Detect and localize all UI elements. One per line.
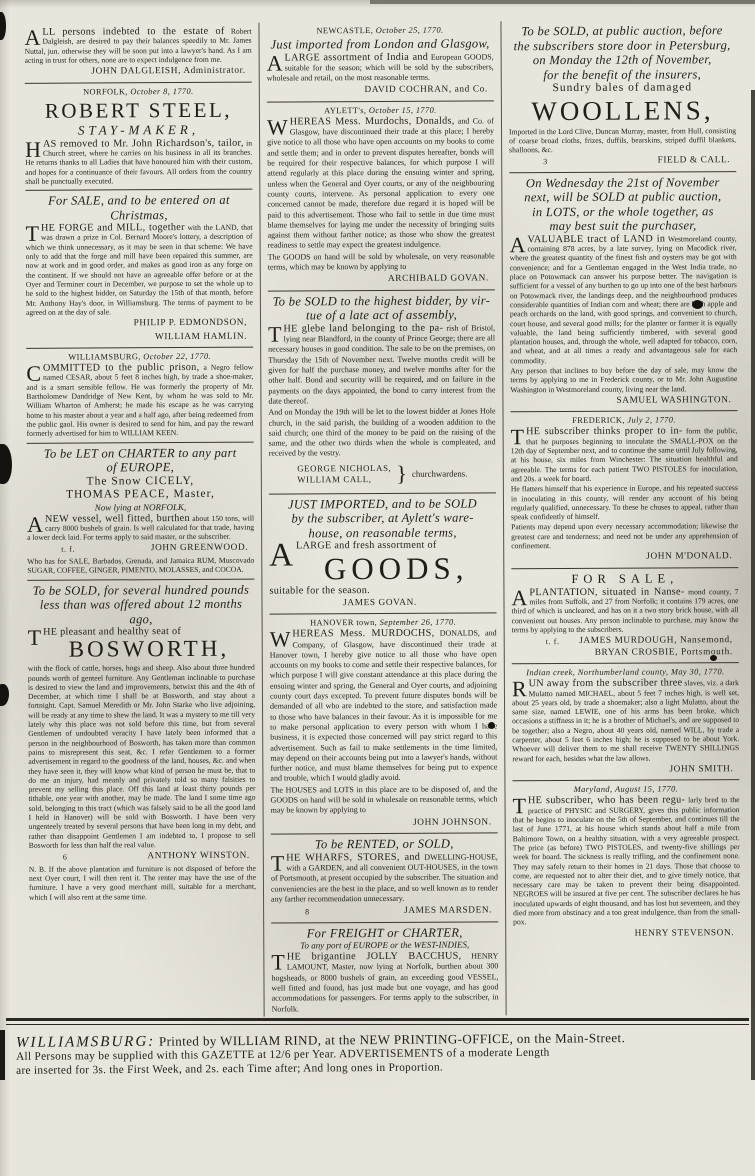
insertion-mark: 6 — [63, 852, 68, 864]
column-2: NEWCASTLE, October 25, 1770. Just import… — [258, 21, 505, 1016]
signature: ARCHIBALD GOVAN. — [268, 274, 489, 287]
brace-glyph: } — [396, 461, 407, 487]
ad-mcdonald-smallpox: FREDERICK, July 2, 1770. THE subscriber … — [511, 412, 739, 570]
dateline: NORFOLK, October 8, 1770. — [25, 86, 252, 97]
drop-cap: A — [511, 588, 529, 606]
body-text: and Co. of Glasgow, have discontinued th… — [267, 116, 495, 250]
dateline-date: May 30, 1770. — [671, 667, 725, 676]
lead-line: HE glebe land belonging to the pa- — [283, 322, 443, 334]
signature-name: FIELD & CALL. — [658, 156, 731, 168]
ad-paragraph: AVALUABLE tract of LAND in Westmoreland … — [510, 234, 738, 365]
drop-cap: T — [271, 953, 287, 971]
body-text: with the LAND, that was drawn a prize in… — [26, 223, 253, 317]
drop-cap: W — [267, 117, 290, 135]
signature-name: JOHN JOHNSON. — [413, 817, 492, 829]
signature-name: JOHN SMITH. — [669, 764, 733, 776]
ad-paragraph: THE FORGE and MILL, together with the LA… — [26, 223, 253, 317]
drop-cap: W — [270, 630, 293, 648]
ad-paragraph: THE subscriber thinks proper to in- form… — [511, 427, 738, 484]
ink-blot — [692, 300, 703, 309]
ad-glebe-land: To be SOLD to the highest bidder, by vir… — [268, 290, 496, 494]
printer-imprint: WILLIAMSBURG: Printed by WILLIAM RIND, a… — [0, 1022, 755, 1079]
ad-headline: house, on reasonable terms, — [269, 525, 496, 541]
drop-cap: A — [24, 28, 42, 46]
ad-headline: may best suit the purchaser, — [509, 219, 736, 235]
ad-subheadline: STAY-MAKER, — [25, 121, 252, 138]
dateline-place: WILLIAMSBURG, — [68, 352, 140, 361]
ad-cochran-goods: NEWCASTLE, October 25, 1770. Just import… — [266, 21, 493, 102]
ad-paragraph: APLANTATION, situated in Nanse- mond cou… — [511, 587, 738, 635]
signature-name: JOHN GREENWOOD. — [151, 543, 248, 555]
master-name: THOMAS PEACE, Master, — [27, 488, 254, 503]
insertion-mark: 3 — [543, 156, 548, 168]
ad-paragraph: COMMITTED to the public prison, a Negro … — [26, 363, 253, 439]
signature-name: JOHN M'DONALD. — [646, 551, 732, 563]
signature-name: PHILIP P. EDMONDSON, — [134, 318, 247, 330]
vessel-name: The Snow CICELY, — [27, 474, 254, 489]
body-text: And on Monday the 19th will be let to th… — [268, 407, 495, 458]
drop-cap: T — [271, 853, 287, 871]
ad-bosworth: To be SOLD, for several hundred pounds l… — [27, 579, 256, 906]
ad-paragraph: with the flock of cattle, horses, hogs a… — [28, 663, 256, 850]
lead-line: HE brigantine JOLLY BACCHUS, — [287, 951, 462, 963]
body-text: He flatters himself that his experience … — [511, 483, 738, 521]
signature: JOHN SMITH. — [512, 764, 733, 777]
dateline-date: September 26, 1770. — [380, 618, 456, 627]
insertion-mark: t. f. — [61, 544, 75, 556]
location-line: Now lying at NORFOLK, — [27, 501, 254, 513]
ad-headline: of EUROPE, — [27, 460, 254, 476]
drop-cap: H — [25, 139, 43, 157]
ad-john-johnson: HANOVER town, September 26, 1770. WHEREA… — [270, 614, 498, 835]
signature: JOHN JOHNSON. — [271, 817, 492, 830]
ad-paragraph: ANEW vessel, well fitted, burthen about … — [27, 513, 254, 542]
ad-dalgleish-estate: ALL persons indebted to the estate of Ro… — [24, 23, 251, 84]
ad-headline: ROBERT STEEL, — [25, 97, 252, 122]
body-text: Patients may depend upon every necessary… — [511, 522, 738, 551]
body-text: with the flock of cattle, horses, hogs a… — [28, 663, 256, 850]
ad-runaway-slaves: Indian creek, Northumberland county, May… — [512, 663, 740, 781]
estate-name: BOSWORTH, — [28, 636, 255, 663]
ad-headline: FOR SALE, — [511, 571, 738, 587]
body-text: Imported in the Lord Clive, Duncan Murra… — [509, 126, 736, 155]
ad-committed-cesar: WILLIAMSBURG, October 22, 1770. COMMITTE… — [26, 348, 253, 444]
ad-james-govan-goods: JUST IMPORTED, and to be SOLD by the sub… — [269, 493, 497, 615]
dateline: NEWCASTLE, October 25, 1770. — [266, 25, 493, 36]
signature: 8JAMES MARSDEN. — [271, 906, 492, 919]
body-text: N. B. If the above plantation and furnit… — [29, 863, 256, 901]
ad-jolly-bacchus: For FREIGHT or CHARTER, To any port of E… — [271, 922, 499, 1017]
insertion-mark: t. f. — [546, 636, 560, 648]
ad-subheadline: To any port of EUROPE or the WEST-INDIES… — [271, 939, 498, 951]
signature: 6ANTHONY WINSTON. — [29, 851, 250, 864]
signature: t. f.JOHN GREENWOOD. — [27, 543, 248, 556]
ad-headline: ago, — [28, 611, 255, 627]
ad-headline: To be LET on CHARTER to any part — [27, 445, 254, 461]
ad-headline: on Monday the 12th of November, — [509, 52, 736, 68]
lead-line: HEREAS Mess. MURDOCHS, — [292, 628, 434, 640]
ad-paragraph: Who has for SALE, Barbados, Grenada, and… — [27, 556, 254, 576]
imprint-text: Printed by WILLIAM RIND, at the NEW PRIN… — [159, 1030, 625, 1049]
ad-headline: for the benefit of the insurers, — [509, 67, 736, 83]
ad-subheadline: Sundry bales of damaged — [509, 81, 736, 96]
dateline-date: October 22, 1770. — [143, 352, 211, 361]
ad-paragraph: Any person that inclines to buy before t… — [510, 365, 737, 394]
drop-cap: A — [267, 53, 285, 71]
ad-headline: tue of a late act of assembly, — [268, 308, 495, 324]
signature-name: JAMES MARSDEN. — [404, 906, 492, 918]
churchwarden-names: GEORGE NICHOLAS, WILLIAM CALL, — [297, 463, 391, 484]
ad-paragraph: He flatters himself that his experience … — [511, 483, 738, 521]
signature-name: JAMES MURDOUGH, Nansemond, — [579, 635, 733, 647]
signature: JOHN M'DONALD. — [511, 551, 732, 564]
column-3: To be SOLD, at public auction, before th… — [500, 20, 747, 1015]
ad-paragraph: suitable for the season. — [269, 585, 496, 596]
dateline-place: HANOVER town, — [310, 618, 377, 627]
ad-paragraph: WHEREAS Mess. Murdochs, Donalds, and Co.… — [267, 116, 495, 251]
ad-headline: Christmas, — [25, 207, 252, 223]
signature-name: WILLIAM HAMLIN. — [155, 331, 247, 343]
body-text: The GOODS on hand will be sold by wholes… — [268, 251, 495, 271]
drop-cap: T — [511, 428, 527, 446]
dateline-date: July 2, 1770. — [627, 416, 676, 425]
signature-name: SAMUEL WASHINGTON. — [616, 395, 731, 407]
ad-headline: To be SOLD, for several hundred pounds — [27, 582, 254, 598]
ad-headline: by the subscriber, at Aylett's ware- — [269, 511, 496, 527]
imprint-city: WILLIAMSBURG: — [16, 1034, 155, 1051]
dateline-date: October 8, 1770. — [130, 87, 193, 96]
body-text: slaves, viz. a dark Mulatto named MICHAE… — [512, 678, 739, 763]
ad-headline: JUST IMPORTED, and to be SOLD — [269, 496, 496, 512]
ad-paragraph: The GOODS on hand will be sold by wholes… — [268, 251, 495, 273]
lead-line: HEREAS Mess. Murdochs, Donalds, — [290, 115, 455, 127]
scan-edge-streak — [0, 1030, 5, 1080]
signature: BRYAN CROSBIE, Portsmouth. — [512, 647, 733, 660]
dateline-place: Maryland, — [574, 785, 613, 794]
signature-name: JOHN DALGLEISH, Administrator. — [91, 66, 245, 78]
ad-westmoreland-land: On Wednesday the 21st of November next, … — [509, 172, 737, 413]
ad-headline: next, will be SOLD at public auction, — [509, 190, 736, 206]
ad-paragraph: ALARGE assortment of India and European … — [267, 52, 494, 84]
signature: DAVID COCHRAN, and Co. — [267, 85, 488, 98]
ad-robert-steel: NORFOLK, October 8, 1770. ROBERT STEEL, … — [25, 82, 253, 191]
ad-headline: less than was offered about 12 months — [27, 597, 254, 613]
dateline-place: NEWCASTLE, — [316, 26, 373, 35]
ad-paragraph: The HOUSES and LOTS in this place are to… — [270, 784, 497, 816]
signature-name: HENRY STEVENSON. — [635, 928, 735, 940]
drop-cap: T — [28, 628, 44, 646]
ad-headline: For SALE, and to be entered on at — [25, 193, 252, 209]
ad-headline: the subscribers store door in Petersburg… — [509, 38, 736, 54]
signature: PHILIP P. EDMONDSON, — [26, 318, 247, 331]
columns-container: ALL persons indebted to the estate of Ro… — [0, 0, 755, 1018]
ad-stevenson-inoculation: Maryland, August 15, 1770. THE subscribe… — [512, 781, 740, 945]
ad-paragraph: THE brigantine JOLLY BACCHUS, HENRY LAMO… — [271, 951, 498, 1014]
ad-woollens-auction: To be SOLD, at public auction, before th… — [508, 20, 736, 173]
drop-cap: A — [269, 542, 296, 569]
body-text: Westmoreland county, containing 878 acre… — [510, 234, 738, 365]
insertion-mark: 8 — [305, 906, 310, 918]
column-1: ALL persons indebted to the estate of Ro… — [17, 23, 263, 1018]
body-text: Any person that inclines to buy before t… — [510, 365, 737, 394]
ad-headline: To be RENTED, or SOLD, — [271, 837, 498, 853]
signature: 3FIELD & CALL. — [509, 156, 730, 169]
signature-name: WILLIAM CALL, — [297, 474, 391, 485]
ink-blot — [710, 655, 717, 661]
drop-cap: T — [26, 224, 42, 242]
body-text: DONALDS, and Company, of Glasgow, have d… — [270, 629, 498, 783]
dateline-date: August 15, 1770. — [615, 785, 678, 794]
ad-paragraph: RUN away from the subscriber three slave… — [512, 678, 739, 763]
signature-name: ANTHONY WINSTON. — [147, 851, 249, 863]
dateline-place: Indian creek, Northumberland county, — [526, 668, 668, 678]
body-text: suitable for the season. — [269, 585, 370, 597]
dateline: AYLETT's, October 15, 1770. — [267, 105, 494, 116]
ad-paragraph: HAS removed to Mr. John Richardson's, ta… — [25, 138, 252, 186]
ad-paragraph: THE glebe land belonging to the pa- rish… — [268, 323, 495, 407]
drop-cap: A — [510, 235, 528, 253]
signature: JOHN DALGLEISH, Administrator. — [25, 66, 246, 79]
ad-paragraph: Imported in the Lord Clive, Duncan Murra… — [509, 126, 736, 155]
ad-headline: in LOTS, or the whole together, as — [509, 204, 736, 220]
body-text: rish of Bristol, lying near Blandford, i… — [268, 323, 495, 405]
scan-edge-streak — [751, 90, 755, 1080]
signature-name: GEORGE NICHOLAS, — [297, 463, 391, 474]
newspaper-page: ALL persons indebted to the estate of Ro… — [0, 0, 755, 1176]
drop-cap: C — [26, 364, 43, 382]
nota-bene: N. B. If the above plantation and furnit… — [29, 863, 256, 901]
signature: JOHN MACLEAN. — [272, 1015, 493, 1016]
signature: HENRY STEVENSON. — [513, 928, 734, 941]
churchwardens-signature: GEORGE NICHOLAS, WILLIAM CALL, } churchw… — [269, 460, 496, 487]
woollens-headline: WOOLLENS, — [509, 95, 736, 126]
ad-headline: Just imported from London and Glasgow, — [267, 36, 494, 52]
ad-paragraph: And on Monday the 19th will be let to th… — [268, 407, 495, 460]
ad-paragraph: WHEREAS Mess. MURDOCHS, DONALDS, and Com… — [270, 629, 498, 785]
ad-snow-cicely: To be LET on CHARTER to any part of EURO… — [27, 442, 255, 580]
goods-headline: GOODS, — [269, 551, 496, 585]
ad-headline: To be SOLD, at public auction, before — [508, 23, 735, 39]
ad-headline: To be SOLD to the highest bidder, by vir… — [268, 293, 495, 309]
ad-paragraph: Patients may depend upon every necessary… — [511, 522, 738, 551]
ad-paragraph: THE WHARFS, STORES, and DWELLING-HOUSE, … — [271, 852, 498, 905]
drop-cap: T — [513, 797, 529, 815]
drop-cap: R — [512, 679, 529, 697]
ad-nansemond-plantation: FOR SALE, APLANTATION, situated in Nanse… — [511, 568, 738, 665]
signature-name: ARCHIBALD GOVAN. — [388, 274, 489, 286]
body-text: a Negro fellow named CESAR, about 5 feet… — [26, 363, 253, 438]
dateline-place: NORFOLK, — [83, 87, 128, 96]
ad-paragraph: ALL persons indebted to the estate of Ro… — [24, 27, 251, 65]
signature-name: DAVID COCHRAN, and Co. — [364, 85, 487, 97]
signature: WILLIAM HAMLIN. — [26, 331, 247, 344]
dateline-place: FREDERICK, — [572, 416, 625, 425]
ad-headline: On Wednesday the 21st of November — [509, 175, 736, 191]
body-text: The HOUSES and LOTS in this place are to… — [270, 784, 497, 815]
ink-blot — [488, 722, 495, 729]
signature: JAMES GOVAN. — [269, 597, 490, 610]
ad-forge-and-mill: For SALE, and to be entered on at Christ… — [25, 190, 253, 349]
signature-name: JAMES GOVAN. — [343, 598, 417, 610]
ad-marsden-wharfs: To be RENTED, or SOLD, THE WHARFS, STORE… — [271, 834, 498, 924]
ad-paragraph: THE subscriber, who has been regu- larly… — [513, 796, 741, 927]
signature: SAMUEL WASHINGTON. — [510, 395, 731, 408]
ad-headline: For FREIGHT or CHARTER, — [271, 925, 498, 941]
dateline-place: AYLETT's, — [324, 106, 366, 115]
dateline-date: October 25, 1770. — [376, 26, 444, 35]
drop-cap: T — [268, 324, 284, 342]
scan-edge-streak — [370, 0, 755, 4]
lead-line: LARGE assortment of India and — [285, 51, 429, 63]
body-text: larly bred to the practice of PHYSIC and… — [513, 796, 741, 927]
lead-line: HE WHARFS, STORES, and — [286, 851, 420, 863]
churchwardens-label: churchwardens. — [412, 468, 468, 478]
body-text: Who has for SALE, Barbados, Grenada, and… — [27, 556, 254, 575]
dateline-date: October 15, 1770. — [369, 106, 437, 115]
drop-cap: A — [27, 514, 45, 532]
signature-name: JOHN MACLEAN. — [410, 1015, 492, 1016]
ad-archibald-govan: AYLETT's, October 15, 1770. WHEREAS Mess… — [267, 101, 495, 291]
